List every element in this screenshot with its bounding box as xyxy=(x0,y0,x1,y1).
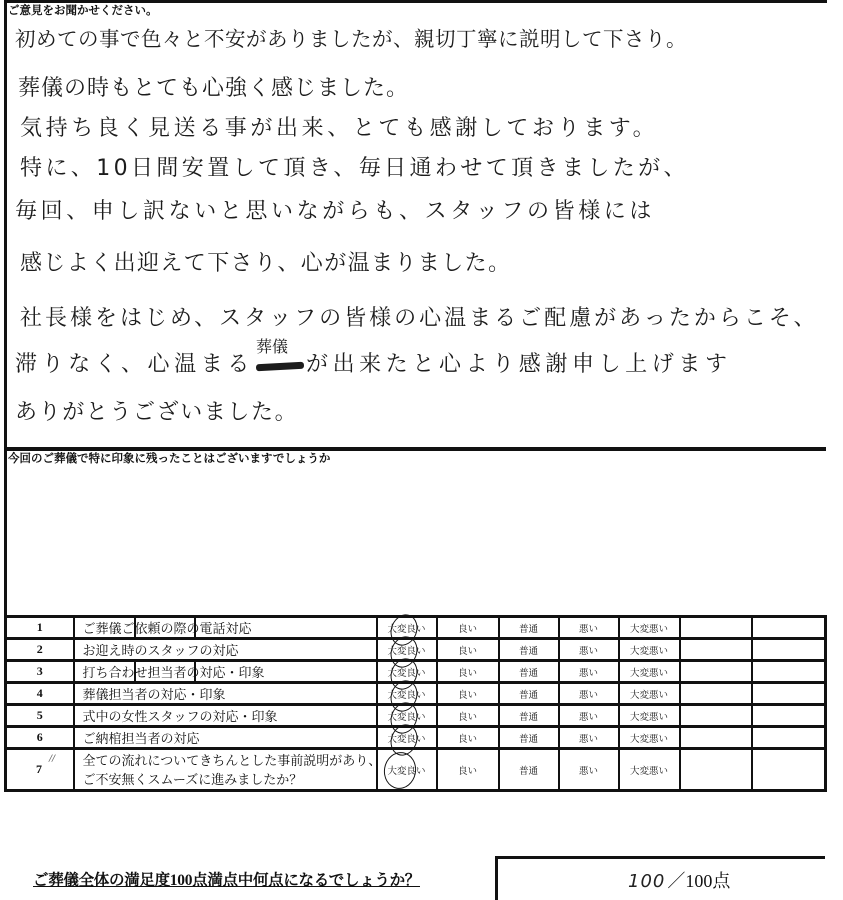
score-value: 100 xyxy=(628,871,665,892)
handwritten-segment: が出来たと心より感謝申し上げます xyxy=(306,352,732,377)
impression-section-label: 今回のご葬儀で特に印象に残ったことはございますでしょうか xyxy=(8,452,330,466)
handwritten-line: 感じよく出迎えて下さり、心が温まりました。 xyxy=(20,251,511,277)
blank-cell xyxy=(680,749,752,791)
blank-cell xyxy=(680,661,752,683)
grid-line xyxy=(194,618,196,637)
option-very-bad[interactable]: 大変悪い xyxy=(619,705,680,727)
blank-cell xyxy=(752,727,826,749)
option-very-good[interactable]: 大変良い xyxy=(377,683,437,705)
rating-row: 4 葬儀担当者の対応・印象 大変良い 良い 普通 悪い 大変悪い xyxy=(6,683,826,705)
strikethrough-scribble xyxy=(256,362,304,372)
row-item: ご納棺担当者の対応 xyxy=(74,727,377,749)
handwritten-line: 特に、10日間安置して頂き、毎日通わせて頂きましたが、 xyxy=(20,156,689,182)
row-item-label: 葬儀担当者の対応・印象 xyxy=(83,687,226,702)
rating-row: 5 式中の女性スタッフの対応・印象 大変良い 良い 普通 悪い 大変悪い xyxy=(6,705,826,727)
rating-table: 1 ご葬儀ご依頼の際の電話対応 大変良い 良い 普通 悪い 大変悪い 2 お迎え… xyxy=(4,615,827,792)
option-very-bad[interactable]: 大変悪い xyxy=(619,639,680,661)
row-number-cell: 7 // xyxy=(6,749,74,791)
struck-out-correction: 葬儀 xyxy=(254,354,306,376)
blank-cell xyxy=(752,617,826,639)
row-number: 5 xyxy=(6,705,74,727)
option-bad[interactable]: 悪い xyxy=(559,705,619,727)
blank-cell xyxy=(680,683,752,705)
section-divider xyxy=(4,447,826,451)
row-number: 6 xyxy=(6,727,74,749)
row-item: 式中の女性スタッフの対応・印象 xyxy=(74,705,377,727)
option-very-good[interactable]: 大変良い xyxy=(377,705,437,727)
rating-row: 2 お迎え時のスタッフの対応 大変良い 良い 普通 悪い 大変悪い xyxy=(6,639,826,661)
score-box-left-border xyxy=(495,856,498,900)
option-very-bad[interactable]: 大変悪い xyxy=(619,749,680,791)
blank-cell xyxy=(680,617,752,639)
handwritten-line: 滞りなく、心温まる葬儀が出来たと心より感謝申し上げます xyxy=(15,352,732,378)
option-bad[interactable]: 悪い xyxy=(559,639,619,661)
top-border xyxy=(4,0,827,3)
satisfaction-question: ご葬儀全体の満足度100点満点中何点になるでしょうか？ xyxy=(33,872,420,890)
option-very-good[interactable]: 大変良い xyxy=(377,639,437,661)
option-good[interactable]: 良い xyxy=(437,683,499,705)
option-label: 大変良い xyxy=(387,669,425,679)
rating-row: 1 ご葬儀ご依頼の際の電話対応 大変良い 良い 普通 悪い 大変悪い xyxy=(6,617,826,639)
handwritten-line: 毎回、申し訳ないと思いながらも、スタッフの皆様には xyxy=(15,199,655,225)
row-number: 3 xyxy=(6,661,74,683)
option-bad[interactable]: 悪い xyxy=(559,749,619,791)
option-label: 大変良い xyxy=(387,735,425,745)
row-item: 葬儀担当者の対応・印象 xyxy=(74,683,377,705)
option-average[interactable]: 普通 xyxy=(499,705,559,727)
option-average[interactable]: 普通 xyxy=(499,617,559,639)
row-number: 7 xyxy=(36,762,42,777)
option-good[interactable]: 良い xyxy=(437,705,499,727)
option-very-good[interactable]: 大変良い xyxy=(377,727,437,749)
option-label: 大変良い xyxy=(387,713,425,723)
option-bad[interactable]: 悪い xyxy=(559,683,619,705)
row-item-label: ご納棺担当者の対応 xyxy=(83,731,200,746)
rating-row: 6 ご納棺担当者の対応 大変良い 良い 普通 悪い 大変悪い xyxy=(6,727,826,749)
score-box-top-border xyxy=(495,856,825,859)
handwritten-line: ありがとうございました。 xyxy=(15,400,298,426)
option-bad[interactable]: 悪い xyxy=(559,617,619,639)
handwritten-line: 初めての事で色々と不安がありましたが、親切丁寧に説明して下さり。 xyxy=(15,26,687,52)
row-item: ご葬儀ご依頼の際の電話対応 xyxy=(74,617,377,639)
check-mark: // xyxy=(49,754,55,764)
option-label: 大変良い xyxy=(387,691,425,701)
blank-cell xyxy=(752,683,826,705)
row-item-label: お迎え時のスタッフの対応 xyxy=(83,643,239,658)
option-label: 大変良い xyxy=(387,767,425,777)
option-very-good[interactable]: 大変良い xyxy=(377,661,437,683)
row-number: 4 xyxy=(6,683,74,705)
score-suffix: ／100点 xyxy=(667,871,730,891)
blank-cell xyxy=(680,639,752,661)
handwritten-line: 葬儀の時もとても心強く感じました。 xyxy=(18,76,409,102)
correction-text: 葬儀 xyxy=(256,338,288,356)
option-good[interactable]: 良い xyxy=(437,727,499,749)
option-bad[interactable]: 悪い xyxy=(559,727,619,749)
row-item-label-line1: 全ての流れについてきちんとした事前説明があり、 xyxy=(83,751,376,770)
row-item-label: 打ち合わせ担当者の対応・印象 xyxy=(83,665,265,680)
option-very-bad[interactable]: 大変悪い xyxy=(619,617,680,639)
row-item: お迎え時のスタッフの対応 xyxy=(74,639,377,661)
handwritten-line: 社長様をはじめ、スタッフの皆様の心温まるご配慮があったからこそ、 xyxy=(20,306,818,332)
grid-line xyxy=(194,662,196,681)
blank-cell xyxy=(680,705,752,727)
grid-line xyxy=(134,618,136,637)
row-number: 1 xyxy=(6,617,74,639)
option-label: 大変良い xyxy=(387,647,425,657)
option-label: 大変良い xyxy=(387,625,425,635)
row-item: 全ての流れについてきちんとした事前説明があり、 ご不安無くスムーズに進みましたか… xyxy=(74,749,377,791)
option-average[interactable]: 普通 xyxy=(499,727,559,749)
grid-line xyxy=(134,662,136,681)
impression-answer-area[interactable] xyxy=(8,470,823,610)
option-good[interactable]: 良い xyxy=(437,661,499,683)
option-good[interactable]: 良い xyxy=(437,749,499,791)
comment-section-label: ご意見をお聞かせください。 xyxy=(8,4,158,18)
option-very-bad[interactable]: 大変悪い xyxy=(619,661,680,683)
blank-cell xyxy=(752,661,826,683)
blank-cell xyxy=(680,727,752,749)
option-very-good[interactable]: 大変良い xyxy=(377,617,437,639)
option-very-bad[interactable]: 大変悪い xyxy=(619,727,680,749)
left-border xyxy=(4,0,7,616)
row-item-label: ご葬儀ご依頼の際の電話対応 xyxy=(83,621,252,636)
handwritten-segment: 滞りなく、心温まる xyxy=(15,352,254,377)
rating-row: 3 打ち合わせ担当者の対応・印象 大変良い 良い 普通 悪い 大変悪い xyxy=(6,661,826,683)
option-average[interactable]: 普通 xyxy=(499,683,559,705)
option-good[interactable]: 良い xyxy=(437,639,499,661)
blank-cell xyxy=(752,705,826,727)
row-number: 2 xyxy=(6,639,74,661)
option-average[interactable]: 普通 xyxy=(499,749,559,791)
blank-cell xyxy=(752,749,826,791)
option-very-good[interactable]: 大変良い xyxy=(377,749,437,791)
option-very-bad[interactable]: 大変悪い xyxy=(619,683,680,705)
option-good[interactable]: 良い xyxy=(437,617,499,639)
rating-row: 7 // 全ての流れについてきちんとした事前説明があり、 ご不安無くスムーズに進… xyxy=(6,749,826,791)
option-average[interactable]: 普通 xyxy=(499,639,559,661)
blank-cell xyxy=(752,639,826,661)
option-bad[interactable]: 悪い xyxy=(559,661,619,683)
score-field[interactable]: 100／100点 xyxy=(628,869,730,894)
handwritten-line: 気持ち良く見送る事が出来、とても感謝しております。 xyxy=(20,116,658,142)
option-average[interactable]: 普通 xyxy=(499,661,559,683)
row-item-label: 式中の女性スタッフの対応・印象 xyxy=(83,709,278,724)
row-item-label-line2: ご不安無くスムーズに進みましたか？ xyxy=(83,770,376,789)
row-item: 打ち合わせ担当者の対応・印象 xyxy=(74,661,377,683)
